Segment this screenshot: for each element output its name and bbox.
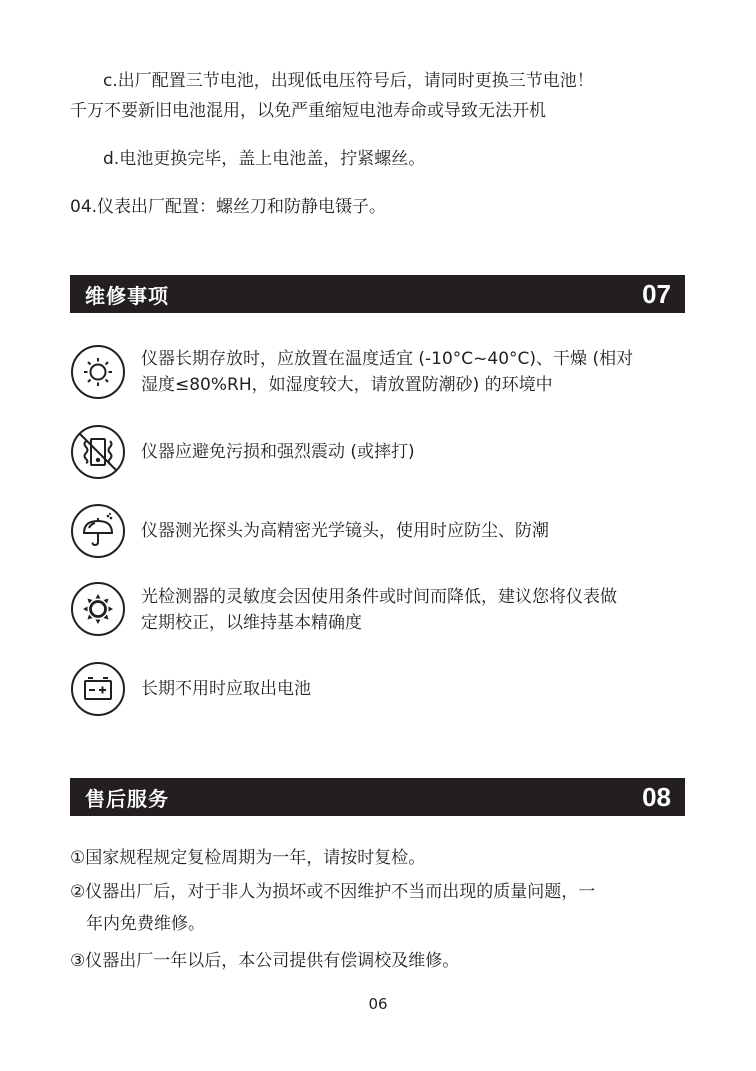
after-sales-section-number: 08 xyxy=(642,782,671,813)
maintenance-item-calibration: 光检测器的灵敏度会因使用条件或时间而降低，建议您将仪表做 定期校正，以维持基本精… xyxy=(70,581,690,637)
maintenance-item-text-line: 定期校正，以维持基本精确度 xyxy=(141,610,362,636)
battery-instruction-c-line-2: 千万不要新旧电池混用，以免严重缩短电池寿命或导致无法开机 xyxy=(70,100,546,122)
maintenance-item-text-line: 长期不用时应取出电池 xyxy=(141,676,311,702)
maintenance-item-lens: 仪器测光探头为高精密光学镜头，使用时应防尘、防潮 xyxy=(70,503,690,559)
maintenance-section-number: 07 xyxy=(642,279,671,310)
maintenance-section-title: 维修事项 xyxy=(85,280,169,309)
after-sales-item-3: ③仪器出厂一年以后，本公司提供有偿调校及维修。 xyxy=(70,950,459,972)
umbrella-icon xyxy=(70,503,126,559)
no-vibration-icon xyxy=(70,424,126,480)
after-sales-section-title: 售后服务 xyxy=(85,783,169,812)
after-sales-item-2-line-1: ②仪器出厂后，对于非人为损坏或不因维护不当而出现的质量问题，一 xyxy=(70,881,595,903)
maintenance-item-text-line: 仪器长期存放时，应放置在温度适宜 (-10°C~40°C)、干燥 (相对 xyxy=(141,346,633,372)
maintenance-item-battery: 长期不用时应取出电池 xyxy=(70,661,690,717)
page-number: 06 xyxy=(0,995,756,1013)
maintenance-item-text-line: 仪器测光探头为高精密光学镜头，使用时应防尘、防潮 xyxy=(141,518,549,544)
sun-temperature-icon xyxy=(70,344,126,400)
maintenance-item-text-line: 仪器应避免污损和强烈震动 (或摔打) xyxy=(141,439,415,465)
maintenance-item-vibration: 仪器应避免污损和强烈震动 (或摔打) xyxy=(70,424,690,480)
battery-instruction-d: d.电池更换完毕，盖上电池盖，拧紧螺丝。 xyxy=(103,148,425,170)
after-sales-section-header: 售后服务 08 xyxy=(70,778,685,816)
after-sales-item-2-line-2: 年内免费维修。 xyxy=(86,913,205,935)
battery-icon xyxy=(70,661,126,717)
maintenance-section-header: 维修事项 07 xyxy=(70,275,685,313)
after-sales-item-1: ①国家规程规定复检周期为一年，请按时复检。 xyxy=(70,847,425,869)
battery-instruction-c-line-1: c.出厂配置三节电池，出现低电压符号后，请同时更换三节电池！ xyxy=(103,70,594,92)
calibration-sun-icon xyxy=(70,581,126,637)
maintenance-item-text-line: 湿度≤80%RH，如湿度较大，请放置防潮砂) 的环境中 xyxy=(141,372,553,398)
maintenance-item-storage: 仪器长期存放时，应放置在温度适宜 (-10°C~40°C)、干燥 (相对 湿度≤… xyxy=(70,344,690,400)
factory-config-04: 04.仪表出厂配置：螺丝刀和防静电镊子。 xyxy=(70,196,386,218)
maintenance-item-text-line: 光检测器的灵敏度会因使用条件或时间而降低，建议您将仪表做 xyxy=(141,584,617,610)
